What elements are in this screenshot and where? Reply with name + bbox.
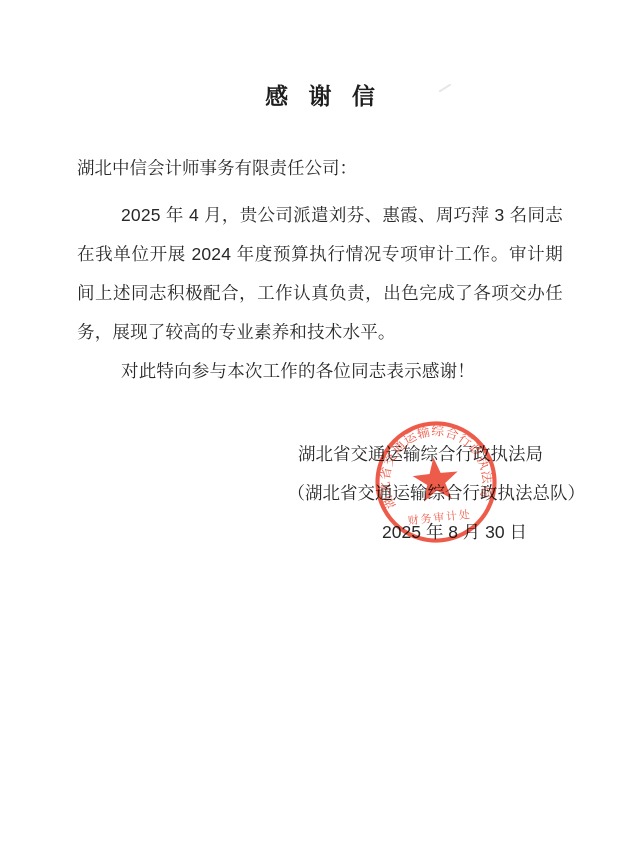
- signature-block: 湖北省交通运输综合行政执法局 （湖北省交通运输综合行政执法总队） 2025 年 …: [0, 435, 630, 552]
- signature-date: 2025 年 8 月 30 日: [382, 513, 527, 552]
- signer-organization: 湖北省交通运输综合行政执法局: [298, 435, 543, 474]
- body-paragraph-1: 2025 年 4 月，贵公司派遣刘芬、惠霞、周巧萍 3 名同志在我单位开展 20…: [77, 196, 563, 352]
- addressee-line: 湖北中信会计师事务有限责任公司：: [77, 154, 563, 182]
- letter-title: 感 谢 信: [77, 82, 563, 110]
- body-paragraph-2: 对此特向参与本次工作的各位同志表示感谢！: [77, 352, 563, 391]
- letter-content: 感 谢 信 湖北中信会计师事务有限责任公司： 2025 年 4 月，贵公司派遣刘…: [77, 0, 563, 391]
- signer-organization-alt: （湖北省交通运输综合行政执法总队）: [288, 474, 586, 513]
- letter-page: 感 谢 信 湖北中信会计师事务有限责任公司： 2025 年 4 月，贵公司派遣刘…: [0, 0, 630, 850]
